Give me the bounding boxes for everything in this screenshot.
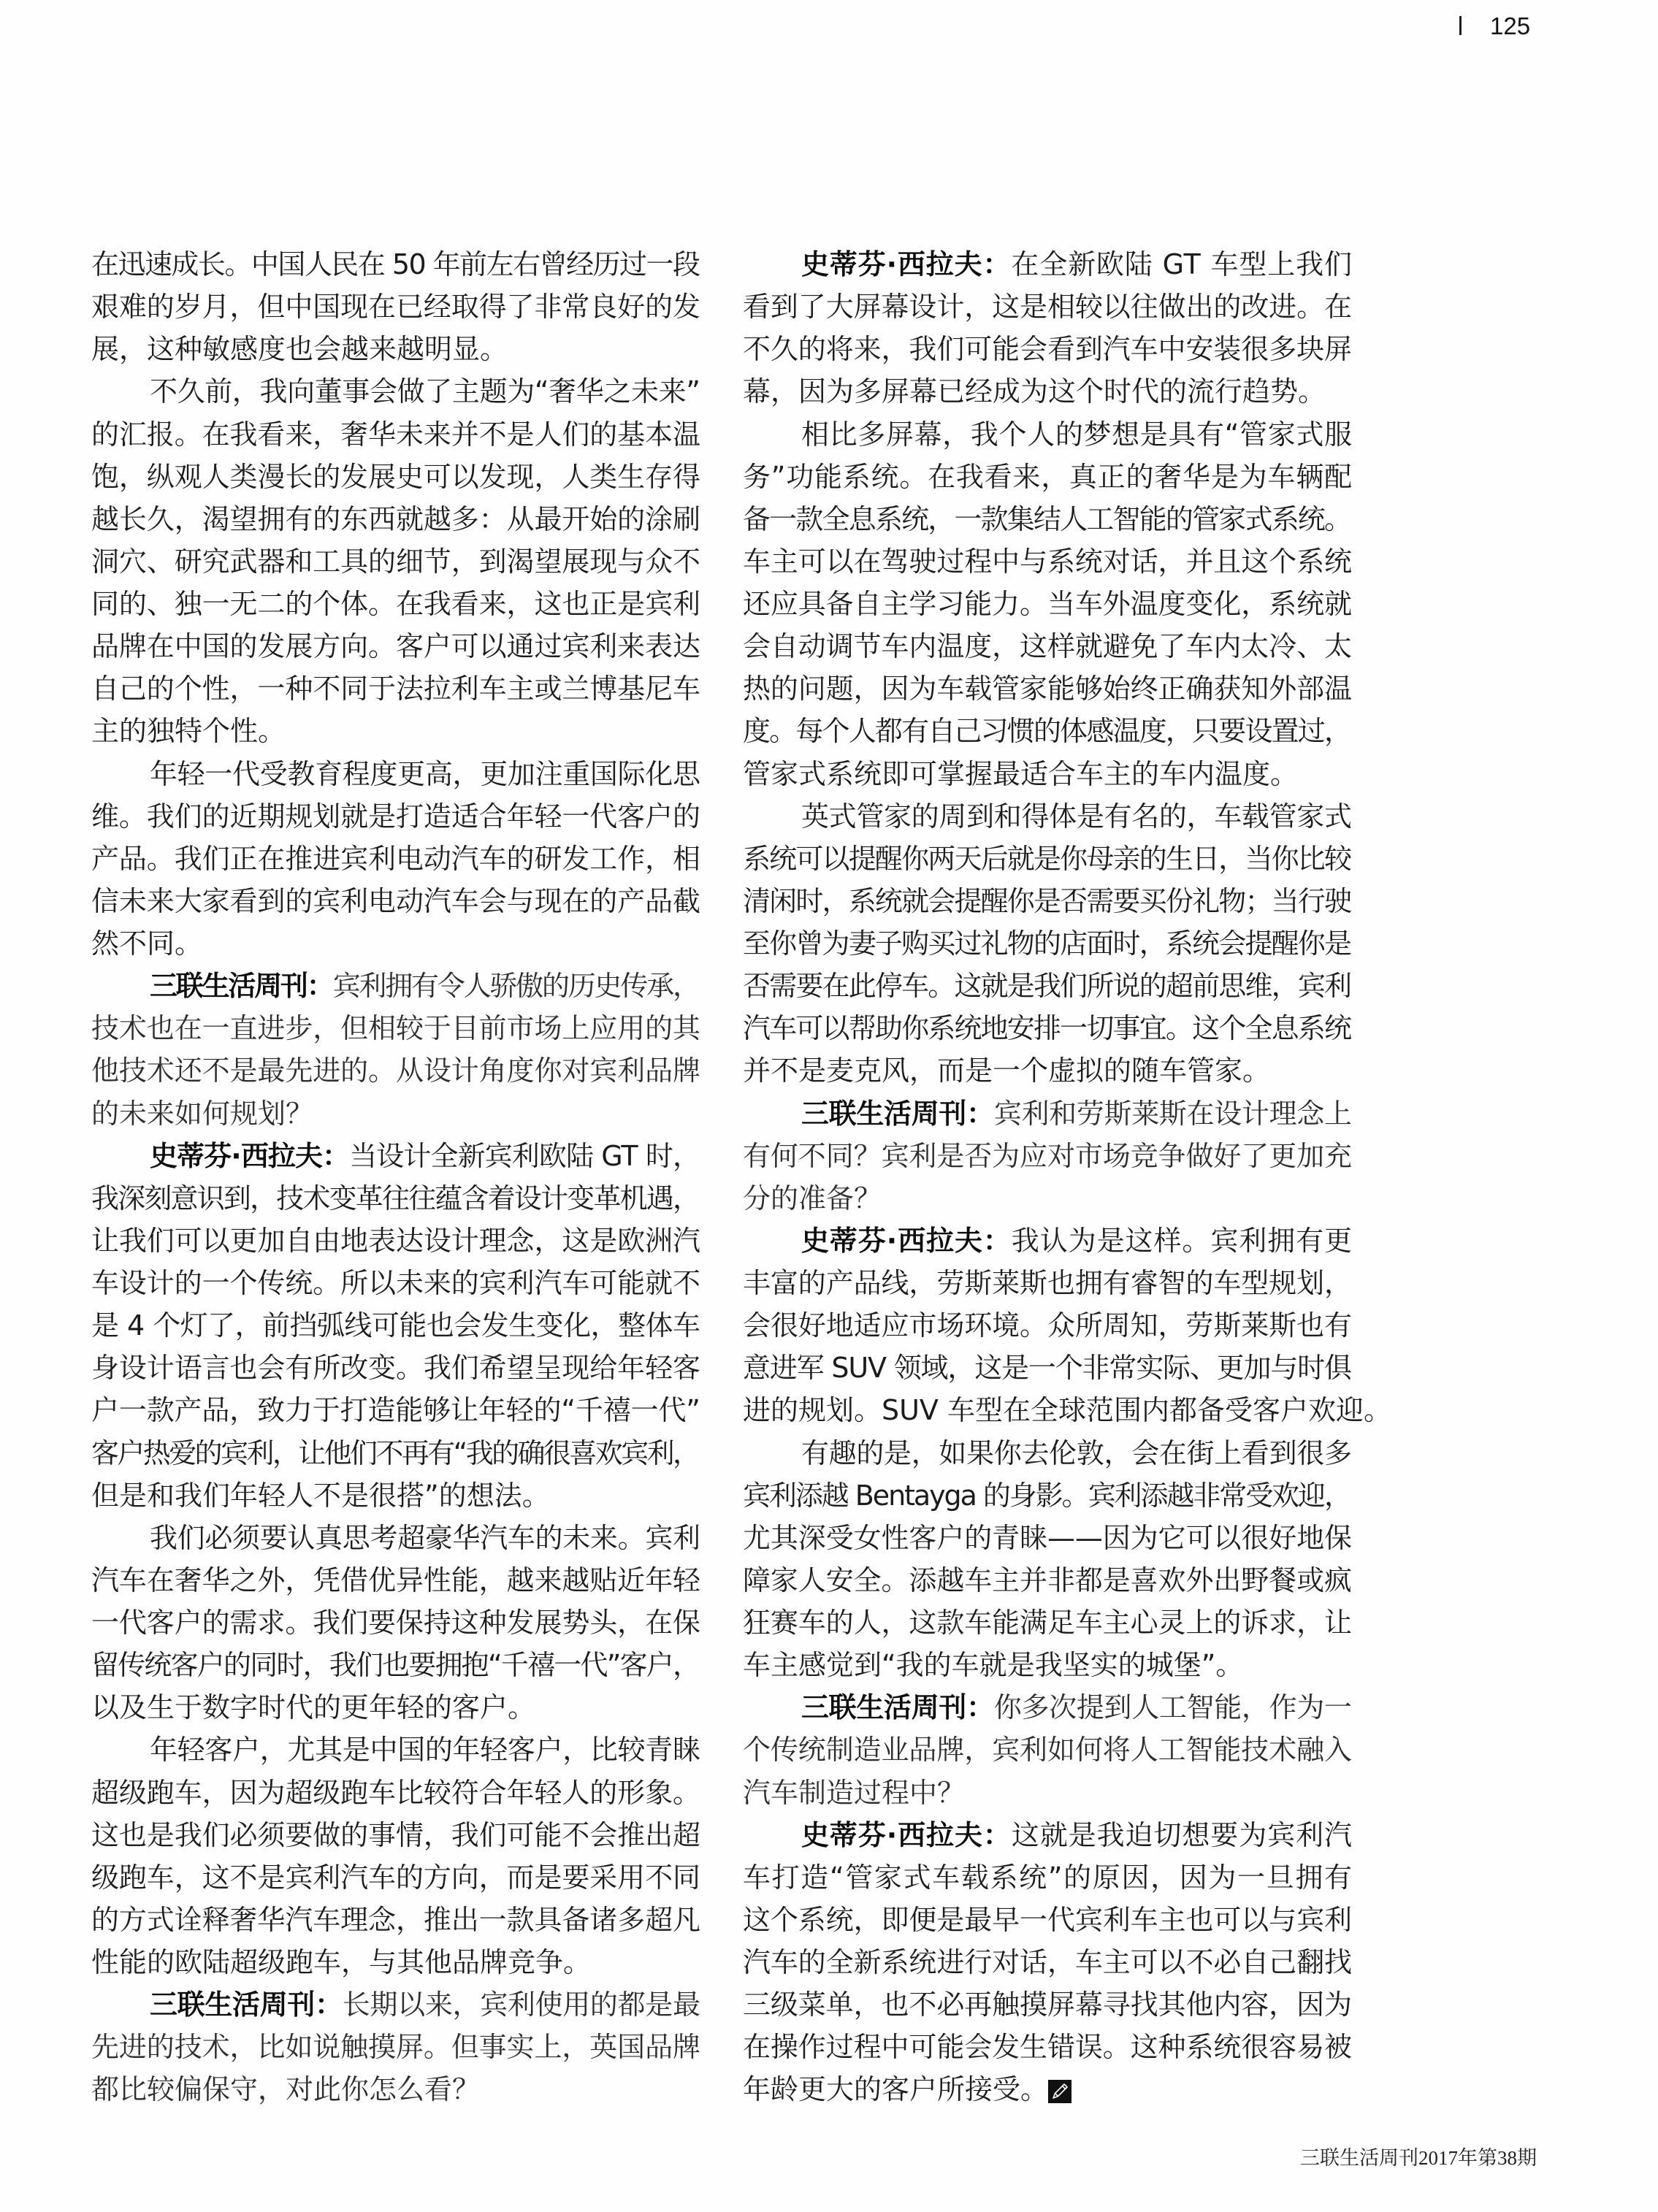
text-line: 至你曾为妻子购买过礼物的店面时，系统会提醒你是 <box>743 922 1352 965</box>
text-line: 进的规划。SUV 车型在全球范围内都备受客户欢迎。 <box>743 1389 1352 1431</box>
body-paragraph: 年轻一代受教育程度更高，更加注重国际化思 维。我们的近期规划就是打造适合年轻一代… <box>91 753 700 965</box>
text-line: 品牌在中国的发展方向。客户可以通过宾利来表达 <box>91 625 700 667</box>
text-line: 史蒂芬·西拉夫：当设计全新宾利欧陆 GT 时， <box>91 1135 700 1177</box>
answer-paragraph: 史蒂芬·西拉夫：这就是我迫切想要为宾利汽 车打造“管家式车载系统”的原因，因为一… <box>743 1814 1352 2111</box>
body-paragraph: 在迅速成长。中国人民在 50 年前左右曾经历过一段 艰难的岁月，但中国现在已经取… <box>91 243 700 370</box>
text-line: 障家人安全。添越车主并非都是喜欢外出野餐或疯 <box>743 1559 1352 1601</box>
text-line: 狂赛车的人，这款车能满足车主心灵上的诉求，让 <box>743 1601 1352 1644</box>
question-text: 宾利拥有令人骄傲的历史传承， <box>333 970 699 1002</box>
text-line: 技术也在一直进步，但相较于目前市场上应用的其 <box>91 1007 700 1049</box>
text-line: 同的、独一无二的个体。在我看来，这也正是宾利 <box>91 583 700 625</box>
text-line: 车主感觉到“我的车就是我坚实的城堡”。 <box>743 1644 1352 1686</box>
text-line: 信未来大家看到的宾利电动汽车会与现在的产品截 <box>91 880 700 922</box>
body-paragraph: 不久前，我向董事会做了主题为“奢华之未来” 的汇报。在我看来，奢华未来并不是人们… <box>91 370 700 752</box>
text-line: 都比较偏保守，对此你怎么看？ <box>91 2068 700 2110</box>
text-line: 车设计的一个传统。所以未来的宾利汽车可能就不 <box>91 1262 700 1304</box>
answer-text: 在全新欧陆 GT 车型上我们 <box>1011 248 1353 280</box>
text-line: 在操作过程中可能会发生错误。这种系统很容易被 <box>743 2026 1352 2068</box>
text-line: 年龄更大的客户所接受。 <box>743 2068 1352 2110</box>
text-line: 幕，因为多屏幕已经成为这个时代的流行趋势。 <box>743 370 1352 413</box>
text-line: 有何不同？宾利是否为应对市场竞争做好了更加充 <box>743 1135 1352 1177</box>
text-line: 务”功能系统。在我看来，真正的奢华是为车辆配 <box>743 456 1352 498</box>
text-line: 车主可以在驾驶过程中与系统对话，并且这个系统 <box>743 540 1352 583</box>
text-line: 一代客户的需求。我们要保持这种发展势头，在保 <box>91 1601 700 1644</box>
question-paragraph: 三联生活周刊：长期以来，宾利使用的都是最 先进的技术，比如说触摸屏。但事实上，英… <box>91 1983 700 2110</box>
text-line: 管家式系统即可掌握最适合车主的车内温度。 <box>743 753 1352 795</box>
question-text: 宾利和劳斯莱斯在设计理念上 <box>994 1098 1352 1130</box>
text-line: 分的准备？ <box>743 1177 1352 1220</box>
text-line: 艰难的岁月，但中国现在已经取得了非常良好的发 <box>91 286 700 328</box>
text-line: 洞穴、研究武器和工具的细节，到渴望展现与众不 <box>91 540 700 583</box>
text-line: 他技术还不是最先进的。从设计角度你对宾利品牌 <box>91 1049 700 1092</box>
text-line: 饱，纵观人类漫长的发展史可以发现，人类生存得 <box>91 456 700 498</box>
body-paragraph: 年轻客户，尤其是中国的年轻客户，比较青睐 超级跑车，因为超级跑车比较符合年轻人的… <box>91 1729 700 1983</box>
text-line: 汽车在奢华之外，凭借优异性能，越来越贴近年轻 <box>91 1559 700 1601</box>
text-line: 的方式诠释奢华汽车理念，推出一款具备诸多超凡 <box>91 1899 700 1941</box>
speaker-label: 三联生活周刊： <box>801 1691 994 1723</box>
text-line: 史蒂芬·西拉夫：这就是我迫切想要为宾利汽 <box>743 1814 1352 1856</box>
text-line: 自己的个性，一种不同于法拉利车主或兰博基尼车 <box>91 667 700 710</box>
text-line: 这个系统，即便是最早一代宾利车主也可以与宾利 <box>743 1899 1352 1941</box>
speaker-label: 三联生活周刊： <box>150 1989 343 2021</box>
answer-text: 这就是我迫切想要为宾利汽 <box>1012 1819 1353 1851</box>
speaker-label: 史蒂芬·西拉夫： <box>801 1819 1012 1851</box>
speaker-label: 三联生活周刊： <box>801 1098 994 1130</box>
speaker-label: 史蒂芬·西拉夫： <box>801 1225 1012 1257</box>
text-line: 相比多屏幕，我个人的梦想是具有“管家式服 <box>743 413 1352 456</box>
body-paragraph: 相比多屏幕，我个人的梦想是具有“管家式服 务”功能系统。在我看来，真正的奢华是为… <box>743 413 1352 795</box>
body-paragraph: 有趣的是，如果你去伦敦，会在街上看到很多 宾利添越 Bentayga 的身影。宾… <box>743 1432 1352 1687</box>
text-line: 的汇报。在我看来，奢华未来并不是人们的基本温 <box>91 413 700 456</box>
text-line: 汽车的全新系统进行对话，车主可以不必自己翻找 <box>743 1941 1352 1983</box>
text-line: 以及生于数字时代的更年轻的客户。 <box>91 1686 700 1729</box>
answer-text: 我认为是这样。宾利拥有更 <box>1012 1225 1353 1257</box>
pencil-icon <box>1048 2080 1071 2103</box>
text-line: 越长久，渴望拥有的东西就越多：从最开始的涂刷 <box>91 498 700 540</box>
text-line: 否需要在此停车。这就是我们所说的超前思维，宾利 <box>743 965 1352 1007</box>
answer-text: 当设计全新宾利欧陆 GT 时， <box>349 1140 700 1172</box>
speaker-label: 史蒂芬·西拉夫： <box>150 1140 349 1172</box>
text-line: 性能的欧陆超级跑车，与其他品牌竞争。 <box>91 1941 700 1983</box>
text-line: 车打造“管家式车载系统”的原因，因为一旦拥有 <box>743 1856 1352 1899</box>
page-number: 125 <box>1490 14 1530 38</box>
left-column: 在迅速成长。中国人民在 50 年前左右曾经历过一段 艰难的岁月，但中国现在已经取… <box>91 243 700 2111</box>
text-line: 先进的技术，比如说触摸屏。但事实上，英国品牌 <box>91 2026 700 2068</box>
text-line: 主的独特个性。 <box>91 710 700 752</box>
question-paragraph: 三联生活周刊：宾利拥有令人骄傲的历史传承， 技术也在一直进步，但相较于目前市场上… <box>91 965 700 1135</box>
text-line: 然不同。 <box>91 922 700 965</box>
text-line: 不久的将来，我们可能会看到汽车中安装很多块屏 <box>743 328 1352 370</box>
text-line: 展，这种敏感度也会越来越明显。 <box>91 328 700 370</box>
text-line: 会很好地适应市场环境。众所周知，劳斯莱斯也有 <box>743 1304 1352 1347</box>
text-line: 史蒂芬·西拉夫：我认为是这样。宾利拥有更 <box>743 1220 1352 1262</box>
answer-paragraph: 史蒂芬·西拉夫：在全新欧陆 GT 车型上我们 看到了大屏幕设计，这是相较以往做出… <box>743 243 1352 413</box>
text-line: 我们必须要认真思考超豪华汽车的未来。宾利 <box>91 1517 700 1559</box>
text-line: 维。我们的近期规划就是打造适合年轻一代客户的 <box>91 795 700 838</box>
text-line: 三级菜单，也不必再触摸屏幕寻找其他内容，因为 <box>743 1983 1352 2026</box>
text-line: 客户热爱的宾利，让他们不再有“我的确很喜欢宾利， <box>91 1432 700 1474</box>
text-line: 是 4 个灯了，前挡弧线可能也会发生变化，整体车 <box>91 1304 700 1347</box>
question-text: 长期以来，宾利使用的都是最 <box>343 1989 700 2021</box>
text-line: 三联生活周刊：宾利拥有令人骄傲的历史传承， <box>91 965 700 1007</box>
question-text: 你多次提到人工智能，作为一 <box>994 1691 1352 1723</box>
text-line: 史蒂芬·西拉夫：在全新欧陆 GT 车型上我们 <box>743 243 1352 286</box>
question-paragraph: 三联生活周刊：你多次提到人工智能，作为一 个传统制造业品牌，宾利如何将人工智能技… <box>743 1686 1352 1813</box>
text-line: 户一款产品，致力于打造能够让年轻的“千禧一代” <box>91 1389 700 1431</box>
text-line: 但是和我们年轻人不是很搭”的想法。 <box>91 1474 700 1517</box>
text-line: 三联生活周刊：宾利和劳斯莱斯在设计理念上 <box>743 1092 1352 1135</box>
text-line: 年轻客户，尤其是中国的年轻客户，比较青睐 <box>91 1729 700 1771</box>
text-line: 热的问题，因为车载管家能够始终正确获知外部温 <box>743 667 1352 710</box>
text-line: 个传统制造业品牌，宾利如何将人工智能技术融入 <box>743 1729 1352 1771</box>
text-line: 不久前，我向董事会做了主题为“奢华之未来” <box>91 370 700 413</box>
body-paragraph: 英式管家的周到和得体是有名的，车载管家式 系统可以提醒你两天后就是你母亲的生日，… <box>743 795 1352 1092</box>
text-line: 年轻一代受教育程度更高，更加注重国际化思 <box>91 753 700 795</box>
text-line: 会自动调节车内温度，这样就避免了车内太冷、太 <box>743 625 1352 667</box>
text-line: 宾利添越 Bentayga 的身影。宾利添越非常受欢迎， <box>743 1474 1352 1517</box>
text-line: 超级跑车，因为超级跑车比较符合年轻人的形象。 <box>91 1772 700 1814</box>
speaker-label: 史蒂芬·西拉夫： <box>801 248 1011 280</box>
text-line: 意进军 SUV 领域，这是一个非常实际、更加与时俱 <box>743 1347 1352 1389</box>
text-line: 三联生活周刊：长期以来，宾利使用的都是最 <box>91 1983 700 2026</box>
text-line: 我深刻意识到，技术变革往往蕴含着设计变革机遇， <box>91 1177 700 1220</box>
answer-paragraph: 史蒂芬·西拉夫：当设计全新宾利欧陆 GT 时， 我深刻意识到，技术变革往往蕴含着… <box>91 1135 700 1517</box>
text-line: 的未来如何规划？ <box>91 1092 700 1135</box>
text-line: 有趣的是，如果你去伦敦，会在街上看到很多 <box>743 1432 1352 1474</box>
text-line: 在迅速成长。中国人民在 50 年前左右曾经历过一段 <box>91 243 700 286</box>
text-line: 留传统客户的同时，我们也要拥抱“千禧一代”客户， <box>91 1644 700 1686</box>
text-line: 尤其深受女性客户的青睐——因为它可以很好地保 <box>743 1517 1352 1559</box>
text-line: 汽车制造过程中？ <box>743 1772 1352 1814</box>
text-line: 让我们可以更加自由地表达设计理念，这是欧洲汽 <box>91 1220 700 1262</box>
right-column: 史蒂芬·西拉夫：在全新欧陆 GT 车型上我们 看到了大屏幕设计，这是相较以往做出… <box>743 243 1352 2111</box>
text-line: 产品。我们正在推进宾利电动汽车的研发工作，相 <box>91 838 700 880</box>
text-line: 看到了大屏幕设计，这是相较以往做出的改进。在 <box>743 286 1352 328</box>
text-line: 丰富的产品线，劳斯莱斯也拥有睿智的车型规划， <box>743 1262 1352 1304</box>
text-line: 度。每个人都有自己习惯的体感温度，只要设置过， <box>743 710 1352 752</box>
text-line: 三联生活周刊：你多次提到人工智能，作为一 <box>743 1686 1352 1729</box>
text-line: 并不是麦克风，而是一个虚拟的随车管家。 <box>743 1049 1352 1092</box>
text-line: 级跑车，这不是宾利汽车的方向，而是要采用不同 <box>91 1856 700 1899</box>
text-line: 还应具备自主学习能力。当车外温度变化，系统就 <box>743 583 1352 625</box>
text-line: 清闲时，系统就会提醒你是否需要买份礼物；当行驶 <box>743 880 1352 922</box>
body-paragraph: 我们必须要认真思考超豪华汽车的未来。宾利 汽车在奢华之外，凭借优异性能，越来越贴… <box>91 1517 700 1729</box>
text-line: 身设计语言也会有所改变。我们希望呈现给年轻客 <box>91 1347 700 1389</box>
issue-footer: 三联生活周刊2017年第38期 <box>1300 2146 1537 2170</box>
text-line: 备一款全息系统，一款集结人工智能的管家式系统。 <box>743 498 1352 540</box>
text-line: 英式管家的周到和得体是有名的，车载管家式 <box>743 795 1352 838</box>
question-paragraph: 三联生活周刊：宾利和劳斯莱斯在设计理念上 有何不同？宾利是否为应对市场竞争做好了… <box>743 1092 1352 1220</box>
text-line: 系统可以提醒你两天后就是你母亲的生日，当你比较 <box>743 838 1352 880</box>
text-line: 这也是我们必须要做的事情，我们可能不会推出超 <box>91 1814 700 1856</box>
answer-paragraph: 史蒂芬·西拉夫：我认为是这样。宾利拥有更 丰富的产品线，劳斯莱斯也拥有睿智的车型… <box>743 1220 1352 1432</box>
speaker-label: 三联生活周刊： <box>150 970 333 1002</box>
header-divider <box>1459 16 1462 35</box>
text-line: 汽车可以帮助你系统地安排一切事宜。这个全息系统 <box>743 1007 1352 1049</box>
